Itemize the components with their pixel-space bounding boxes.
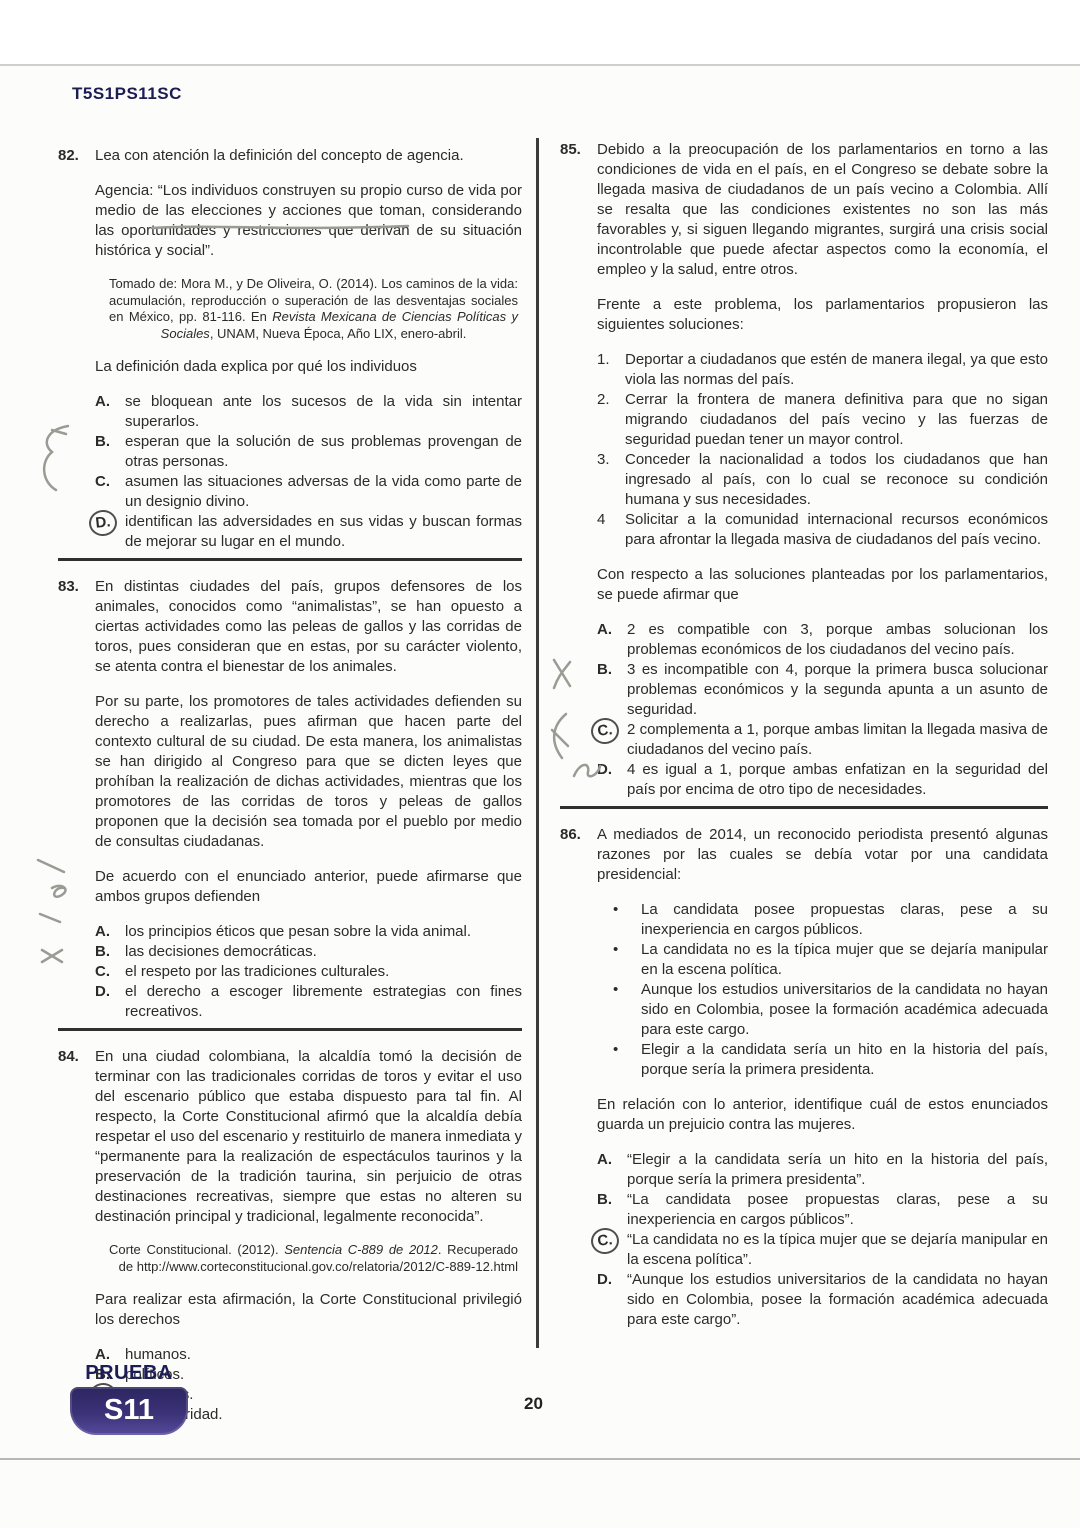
option-a: A. “Elegir a la candidata sería un hito … [597,1150,1048,1190]
citation-text: Corte Constitucional. (2012). [109,1242,284,1257]
bullet-glyph: • [613,1040,618,1060]
question-84-number: 84. [58,1047,79,1067]
question-83-stem: De acuerdo con el enunciado anterior, pu… [95,867,522,907]
option-text: el derecho a escoger libremente estrateg… [125,983,522,1020]
bullet-text: La candidata no es la típica mujer que s… [641,941,1048,978]
question-83: 83. En distintas ciudades del país, grup… [58,577,522,1022]
question-86-options: A. “Elegir a la candidata sería un hito … [597,1150,1048,1330]
left-column: 82. Lea con atención la definición del c… [58,146,522,1431]
list-number: 2. [597,390,610,410]
question-82-options: A. se bloquean ante los sucesos de la vi… [95,392,522,552]
question-85-paragraph-1: Debido a la preocupación de los parlamen… [597,140,1048,280]
prueba-label: PRUEBA [70,1362,188,1385]
list-item-1: 1. Deportar a ciudadanos que estén de ma… [597,350,1048,390]
list-number: 3. [597,450,610,470]
option-text: “Elegir a la candidata sería un hito en … [627,1151,1048,1188]
question-83-options: A. los principios éticos que pesan sobre… [95,922,522,1022]
question-85-number: 85. [560,140,581,160]
option-letter: B. [95,942,110,962]
question-85-options: A. 2 es compatible con 3, porque ambas s… [597,620,1048,800]
option-letter-circled: C. [590,1227,621,1256]
bullet-text: Aunque los estudios universitarios de la… [641,981,1048,1038]
bullet-text: La candidata posee propuestas claras, pe… [641,901,1048,938]
question-85-stem: Con respecto a las soluciones planteadas… [597,565,1048,605]
question-82-stem: La definición dada explica por qué los i… [95,357,522,377]
option-a: A. 2 es compatible con 3, porque ambas s… [597,620,1048,660]
option-letter: A. [95,922,110,942]
option-text: se bloquean ante los sucesos de la vida … [125,393,522,430]
question-86-stem: En relación con lo anterior, identifique… [597,1095,1048,1135]
bullet-item-2: • La candidata no es la típica mujer que… [597,940,1048,980]
scanned-exam-page: T5S1PS11SC 82. Lea con atención la defin… [0,0,1080,1528]
list-item-3: 3. Conceder la nacionalidad a todos los … [597,450,1048,510]
s11-badge: S11 [70,1387,188,1435]
option-letter: A. [597,1150,612,1170]
option-c: C. asumen las situaciones adversas de la… [95,472,522,512]
option-text: esperan que la solución de sus problemas… [125,433,522,470]
option-text: “La candidata no es la típica mujer que … [627,1231,1048,1268]
bullet-item-3: • Aunque los estudios universitarios de … [597,980,1048,1040]
option-b: B. 3 es incompatible con 4, porque la pr… [597,660,1048,720]
question-86-paragraph-1: A mediados de 2014, un reconocido period… [597,825,1048,885]
option-letter: D. [597,760,612,780]
list-number: 1. [597,350,610,370]
option-text: asumen las situaciones adversas de la vi… [125,473,522,510]
citation-italic: Sentencia C-889 de 2012 [284,1242,438,1257]
option-a: A. se bloquean ante los sucesos de la vi… [95,392,522,432]
prueba-s11-logo: PRUEBA S11 [70,1362,188,1435]
option-text: 4 es igual a 1, porque ambas enfatizan e… [627,761,1048,798]
question-82: 82. Lea con atención la definición del c… [58,146,522,552]
option-letter: D. [597,1270,612,1290]
option-d-selected: D. identifican las adversidades en sus v… [95,512,522,552]
column-divider [536,138,539,1348]
question-separator [560,806,1048,809]
question-86-number: 86. [560,825,581,845]
option-text: “Aunque los estudios universitarios de l… [627,1271,1048,1328]
bullet-text: Elegir a la candidata sería un hito en l… [641,1041,1048,1078]
question-84-stem: Para realizar esta afirmación, la Corte … [95,1290,522,1330]
option-letter: C. [95,962,110,982]
option-text: los principios éticos que pesan sobre la… [125,923,471,940]
question-83-paragraph-2: Por su parte, los promotores de tales ac… [95,692,522,852]
option-d: D. “Aunque los estudios universitarios d… [597,1270,1048,1330]
question-82-prompt: Lea con atención la definición del conce… [95,146,522,166]
option-d: D. 4 es igual a 1, porque ambas enfatiza… [597,760,1048,800]
citation-text: , UNAM, Nueva Época, Año LIX, enero-abri… [210,326,467,341]
option-letter-circled: C. [590,717,621,746]
option-letter: B. [597,660,612,680]
option-b: B. “La candidata posee propuestas claras… [597,1190,1048,1230]
question-84-paragraph-1: En una ciudad colombiana, la alcaldía to… [95,1047,522,1227]
option-letter: D. [95,982,110,1002]
question-separator [58,558,522,561]
option-text: el respeto por las tradiciones culturale… [125,963,389,980]
bullet-glyph: • [613,940,618,960]
bullet-glyph: • [613,980,618,1000]
question-82-quote: Agencia: “Los individuos construyen su p… [95,181,522,261]
list-item-2: 2. Cerrar la frontera de manera definiti… [597,390,1048,450]
option-text: 2 complementa a 1, porque ambas limitan … [627,721,1048,758]
question-82-citation: Tomado de: Mora M., y De Oliveira, O. (2… [109,276,518,342]
option-c-selected: C. “La candidata no es la típica mujer q… [597,1230,1048,1270]
page-number: 20 [524,1394,543,1414]
list-text: Conceder la nacionalidad a todos los ciu… [625,451,1048,508]
option-b: B. las decisiones democráticas. [95,942,522,962]
question-83-paragraph-1: En distintas ciudades del país, grupos d… [95,577,522,677]
option-text: las decisiones democráticas. [125,943,317,960]
list-text: Deportar a ciudadanos que estén de maner… [625,351,1048,388]
option-letter: A. [597,620,612,640]
question-85-paragraph-2: Frente a este problema, los parlamentari… [597,295,1048,335]
option-letter: C. [95,472,110,492]
option-b: B. esperan que la solución de sus proble… [95,432,522,472]
option-text: 2 es compatible con 3, porque ambas solu… [627,621,1048,658]
option-c: C. el respeto por las tradiciones cultur… [95,962,522,982]
list-text: Solicitar a la comunidad internacional r… [625,511,1048,548]
option-text: 3 es incompatible con 4, porque la prime… [627,661,1048,718]
question-86: 86. A mediados de 2014, un reconocido pe… [560,825,1048,1330]
list-text: Cerrar la frontera de manera definitiva … [625,391,1048,448]
scan-edge-line-bottom [0,1458,1080,1460]
list-number: 4 [597,510,605,530]
question-separator [58,1028,522,1031]
question-83-number: 83. [58,577,79,597]
question-82-number: 82. [58,146,79,166]
option-d: D. el derecho a escoger libremente estra… [95,982,522,1022]
test-code: T5S1PS11SC [72,84,182,104]
option-c-selected: C. 2 complementa a 1, porque ambas limit… [597,720,1048,760]
option-letter: B. [95,432,110,452]
scan-edge-line-top [0,64,1080,66]
question-84-citation: Corte Constitucional. (2012). Sentencia … [109,1242,518,1275]
option-letter: A. [95,392,110,412]
question-85-solutions-list: 1. Deportar a ciudadanos que estén de ma… [597,350,1048,550]
option-a: A. los principios éticos que pesan sobre… [95,922,522,942]
scan-margin-top [0,0,1080,64]
option-text: humanos. [125,1346,191,1363]
bullet-glyph: • [613,900,618,920]
right-column: 85. Debido a la preocupación de los parl… [560,140,1048,1336]
question-85: 85. Debido a la preocupación de los parl… [560,140,1048,800]
list-item-4: 4 Solicitar a la comunidad internacional… [597,510,1048,550]
question-86-reasons-list: • La candidata posee propuestas claras, … [597,900,1048,1080]
option-text: “La candidata posee propuestas claras, p… [627,1191,1048,1228]
option-text: identifican las adversidades en sus vida… [125,513,522,550]
option-letter: B. [597,1190,612,1210]
bullet-item-1: • La candidata posee propuestas claras, … [597,900,1048,940]
bullet-item-4: • Elegir a la candidata sería un hito en… [597,1040,1048,1080]
option-letter-circled: D. [88,509,119,538]
